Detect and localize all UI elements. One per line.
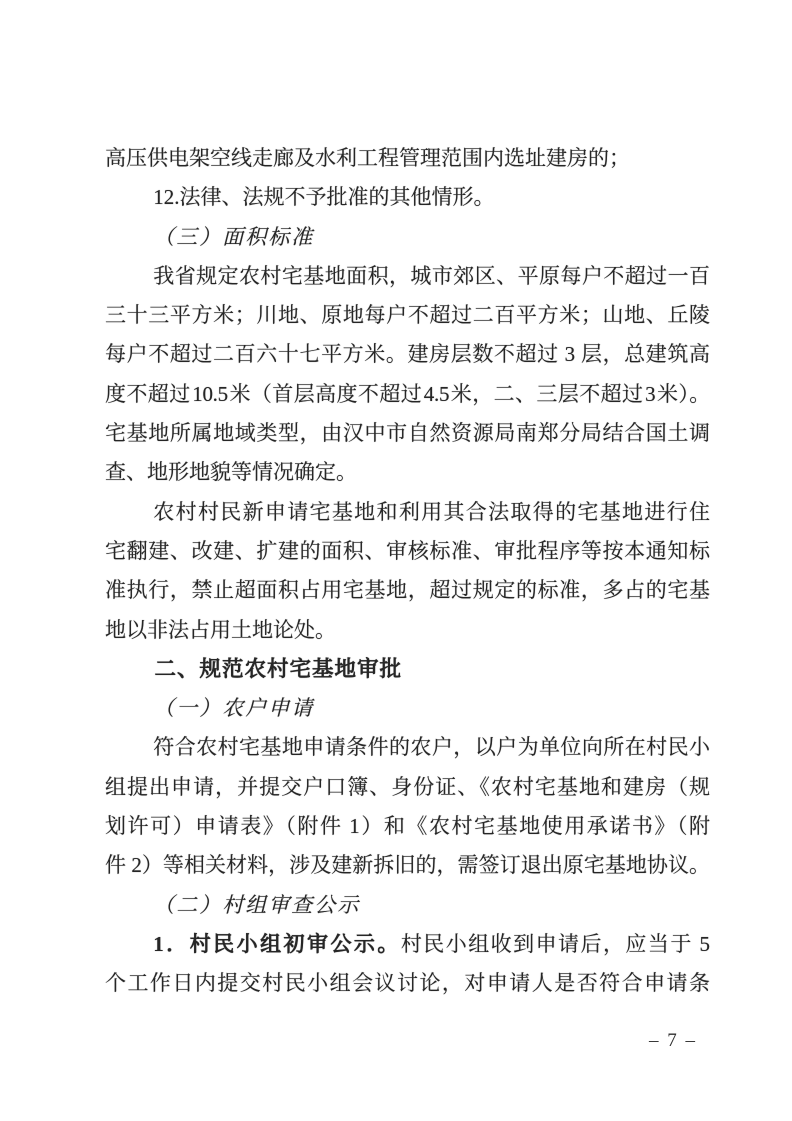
subsection-heading: （一）农户申请 — [105, 689, 710, 728]
paragraph-line: 度不超过 10.5 米（首层高度不超过 4.5 米，二、三层不超过 3 米）。 — [105, 375, 710, 414]
paragraph-line: 划许可）申请表》（附件 1）和《农村宅基地使用承诺书》（附 — [105, 807, 710, 846]
paragraph-line: 个工作日内提交村民小组会议讨论，对申请人是否符合申请条 — [105, 964, 710, 1003]
paragraph-line: 1．村民小组初审公示。村民小组收到申请后，应当于 5 — [105, 925, 710, 964]
paragraph-line: 件 2）等相关材料，涉及建新拆旧的，需签订退出原宅基地协议。 — [105, 846, 710, 885]
page-content: 高压供电架空线走廊及水利工程管理范围内选址建房的； 12.法律、法规不予批准的其… — [105, 139, 710, 1004]
document-page: 高压供电架空线走廊及水利工程管理范围内选址建房的； 12.法律、法规不予批准的其… — [0, 0, 792, 1121]
paragraph-line: 符合农村宅基地申请条件的农户，以户为单位向所在村民小 — [105, 728, 710, 767]
subsection-heading: （三）面积标准 — [105, 218, 710, 257]
paragraph-line: 每户不超过二百六十七平方米。建房层数不超过 3 层，总建筑高 — [105, 335, 710, 374]
paragraph-line: 三十三平方米；川地、原地每户不超过二百平方米；山地、丘陵 — [105, 296, 710, 335]
paragraph-line: 地以非法占用土地论处。 — [105, 611, 710, 650]
bold-lead-text: 1．村民小组初审公示。 — [153, 932, 401, 956]
paragraph-line: 高压供电架空线走廊及水利工程管理范围内选址建房的； — [105, 139, 710, 178]
paragraph-line: 准执行，禁止超面积占用宅基地，超过规定的标准，多占的宅基 — [105, 571, 710, 610]
paragraph-line: 查、地形地貌等情况确定。 — [105, 453, 710, 492]
subsection-heading: （二）村组审查公示 — [105, 886, 710, 925]
paragraph-line: 农村村民新申请宅基地和利用其合法取得的宅基地进行住 — [105, 493, 710, 532]
paragraph-line: 宅基地所属地域类型，由汉中市自然资源局南郑分局结合国土调 — [105, 414, 710, 453]
line-text: 村民小组收到申请后，应当于 5 — [401, 932, 710, 956]
paragraph-line: 12.法律、法规不予批准的其他情形。 — [105, 178, 710, 217]
paragraph-line: 我省规定农村宅基地面积，城市郊区、平原每户不超过一百 — [105, 257, 710, 296]
page-number: – 7 – — [649, 1030, 697, 1052]
paragraph-line: 宅翻建、改建、扩建的面积、审核标准、审批程序等按本通知标 — [105, 532, 710, 571]
section-heading: 二、规范农村宅基地审批 — [105, 650, 710, 689]
paragraph-line: 组提出申请，并提交户口簿、身份证、《农村宅基地和建房（规 — [105, 768, 710, 807]
